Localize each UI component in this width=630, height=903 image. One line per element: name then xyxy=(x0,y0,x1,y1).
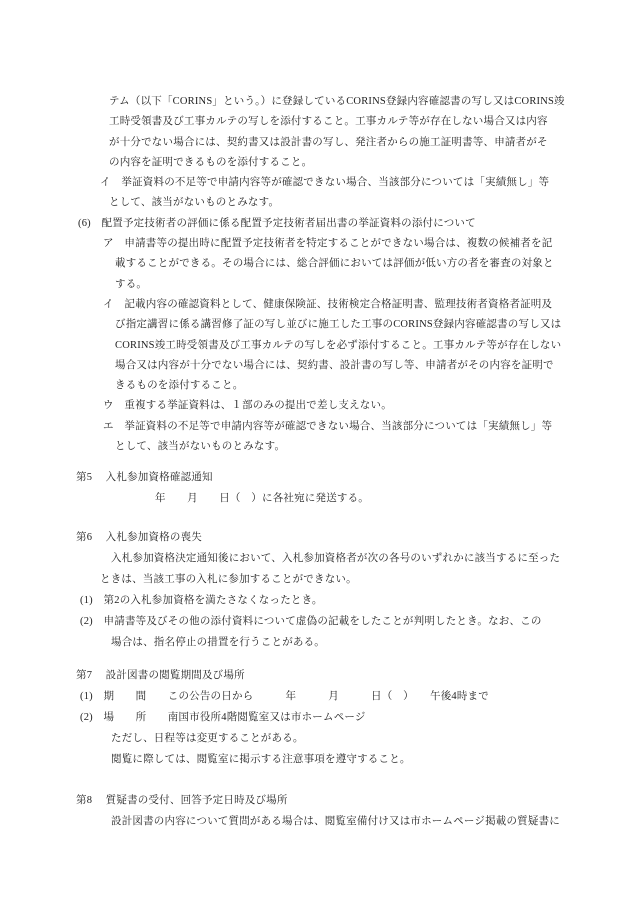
document-content: テム（以下「CORINS」という。）に登録しているCORINS登録内容確認書の写… xyxy=(0,0,630,832)
text-line: イ 記載内容の確認資料として、健康保険証、技術検定合格証明書、監理技術者資格者証… xyxy=(0,295,630,315)
text-line: の内容を証明できるものを添付すること。 xyxy=(0,153,630,173)
text-line: 場合は、指名停止の措置を行うことがある。 xyxy=(0,632,630,653)
section8: 第8 質疑書の受付、回答予定日時及び場所設計図書の内容について質問がある場合は、… xyxy=(0,790,630,832)
text-line: 載することができる。その場合には、総合評価においては評価が低い方の者を審査の対象… xyxy=(0,254,630,274)
text-line: CORINS竣工時受領書及び工事カルテの写しを必ず添付すること。工事カルテ等が存… xyxy=(0,336,630,356)
section5: 第5 入札参加資格確認通知年 月 日（ ）に各社宛に発送する。 xyxy=(0,467,630,509)
text-line: び指定講習に係る講習修了証の写し並びに施工した工事のCORINS登録内容確認書の… xyxy=(0,315,630,335)
text-line: テム（以下「CORINS」という。）に登録しているCORINS登録内容確認書の写… xyxy=(0,92,630,112)
text-line: 第6 入札参加資格の喪失 xyxy=(0,527,630,548)
text-line: 入札参加資格決定通知後において、入札参加資格者が次の各号のいずれかに該当するに至… xyxy=(0,548,630,569)
text-line: 閲覧に際しては、閲覧室に掲示する注意事項を遵守すること。 xyxy=(0,749,630,770)
text-line: する。 xyxy=(0,275,630,295)
text-line: 工時受領書及び工事カルテの写しを添付すること。工事カルテ等が存在しない場合又は内… xyxy=(0,112,630,132)
text-line: (6) 配置予定技術者の評価に係る配置予定技術者届出書の挙証資料の添付について xyxy=(0,214,630,234)
text-line: ウ 重複する挙証資料は、１部のみの提出で差し支えない。 xyxy=(0,396,630,416)
text-line: 第5 入札参加資格確認通知 xyxy=(0,467,630,488)
text-line: (1) 期 間 この公告の日から 年 月 日（ ） 午後4時まで xyxy=(0,686,630,707)
text-line: ただし、日程等は変更することがある。 xyxy=(0,728,630,749)
text-line: ときは、当該工事の入札に参加することができない。 xyxy=(0,569,630,590)
item5-continuation: テム（以下「CORINS」という。）に登録しているCORINS登録内容確認書の写… xyxy=(0,92,630,214)
item6: (6) 配置予定技術者の評価に係る配置予定技術者届出書の挙証資料の添付についてア… xyxy=(0,214,630,458)
text-line: 年 月 日（ ）に各社宛に発送する。 xyxy=(0,488,630,509)
text-line: きるものを添付すること。 xyxy=(0,376,630,396)
text-line: 場合又は内容が十分でない場合には、契約書、設計書の写し等、申請者がその内容を証明… xyxy=(0,356,630,376)
text-line: として、該当がないものとみなす。 xyxy=(0,437,630,457)
text-line: 設計図書の内容について質問がある場合は、閲覧室備付け又は市ホームページ掲載の質疑… xyxy=(0,811,630,832)
text-line: 第7 設計図書の閲覧期間及び場所 xyxy=(0,665,630,686)
text-line: が十分でない場合には、契約書又は設計書の写し、発注者からの施工証明書等、申請者が… xyxy=(0,133,630,153)
text-line: (2) 申請書等及びその他の添付資料について虚偽の記載をしたことが判明したとき。… xyxy=(0,611,630,632)
text-line: 第8 質疑書の受付、回答予定日時及び場所 xyxy=(0,790,630,811)
text-line: ア 申請書等の提出時に配置予定技術者を特定することができない場合は、複数の候補者… xyxy=(0,234,630,254)
text-line: エ 挙証資料の不足等で申請内容等が確認できない場合、当該部分については「実績無し… xyxy=(0,417,630,437)
text-line: として、該当がないものとみなす。 xyxy=(0,193,630,213)
section7: 第7 設計図書の閲覧期間及び場所(1) 期 間 この公告の日から 年 月 日（ … xyxy=(0,665,630,770)
text-line: イ 挙証資料の不足等で申請内容等が確認できない場合、当該部分については「実績無し… xyxy=(0,173,630,193)
section6: 第6 入札参加資格の喪失入札参加資格決定通知後において、入札参加資格者が次の各号… xyxy=(0,527,630,653)
text-line: (2) 場 所 南国市役所4階閲覧室又は市ホームページ xyxy=(0,707,630,728)
text-line: (1) 第2の入札参加資格を満たさなくなったとき。 xyxy=(0,590,630,611)
document-page: テム（以下「CORINS」という。）に登録しているCORINS登録内容確認書の写… xyxy=(0,0,630,903)
